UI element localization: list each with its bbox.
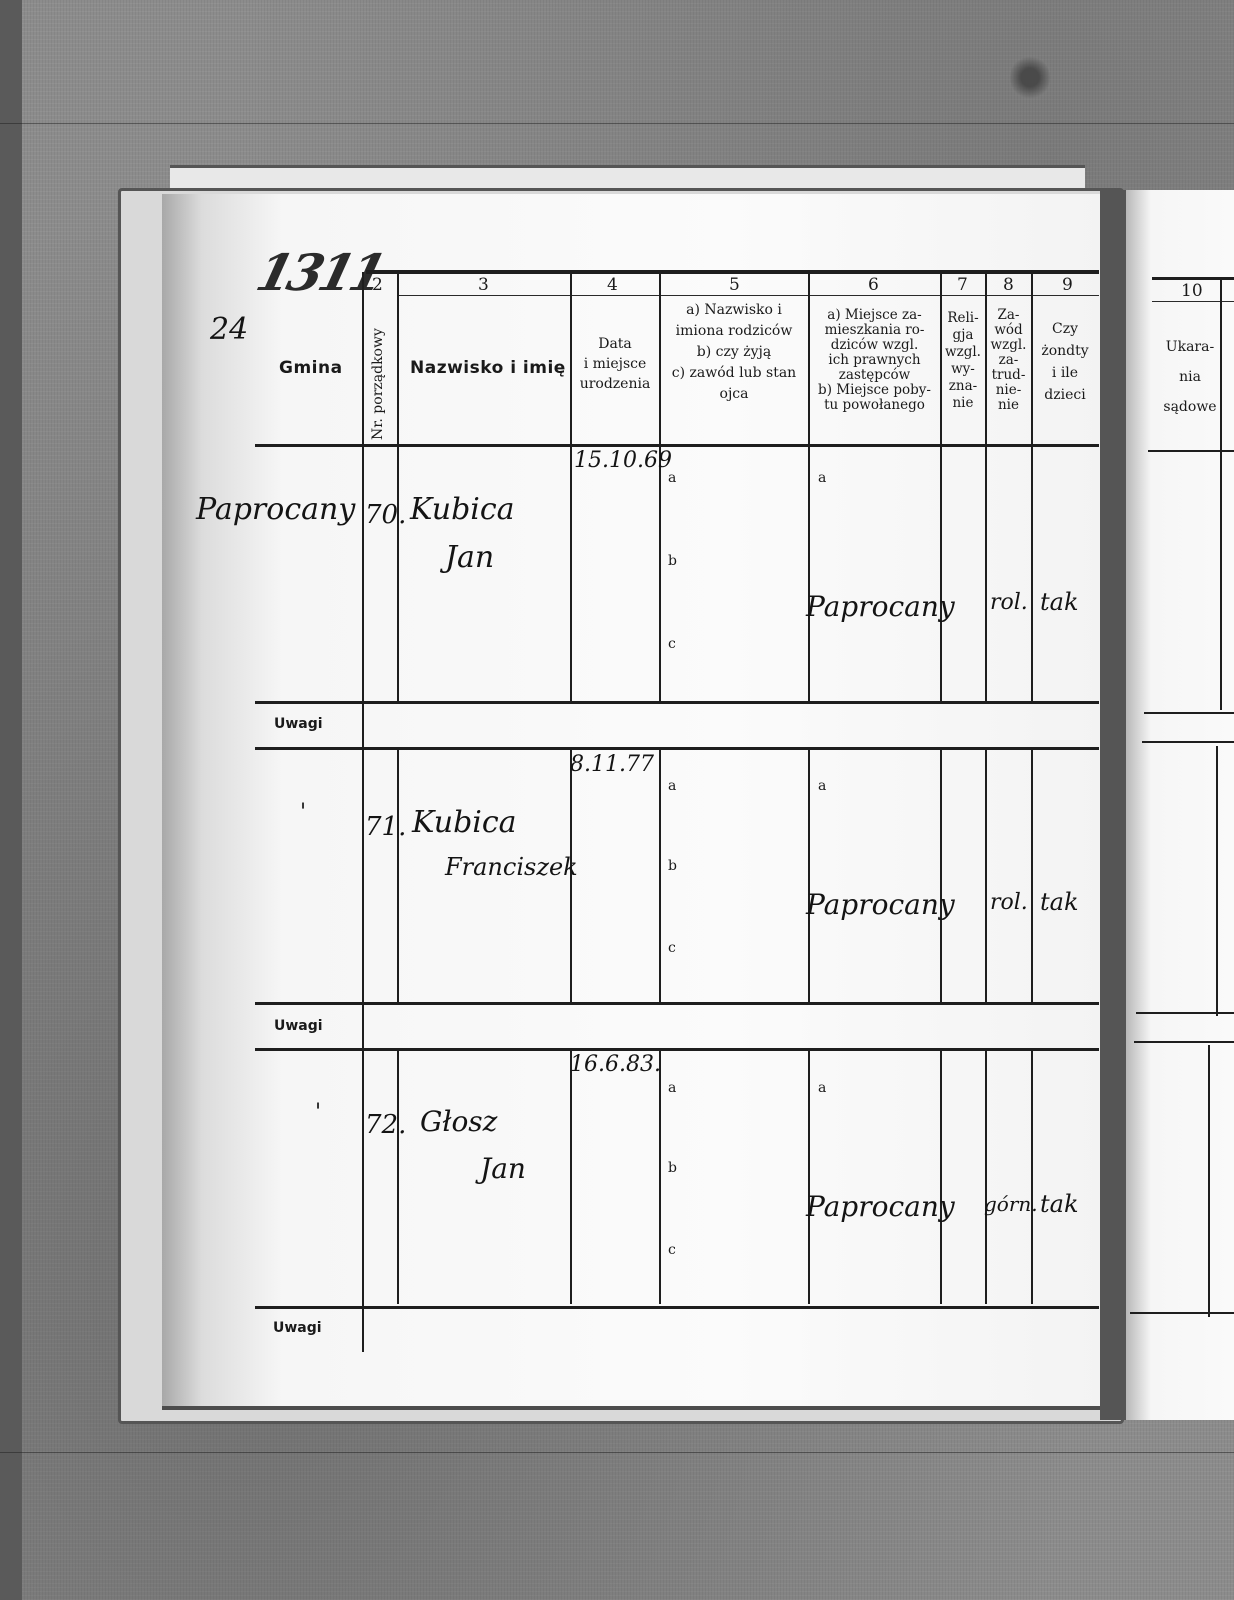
sub-b: b — [668, 553, 677, 569]
page-number: 24 — [210, 312, 248, 347]
col-divider — [1031, 750, 1033, 1002]
sub-b: b — [668, 858, 677, 874]
entry-occupation: rol. — [990, 890, 1028, 915]
col-divider — [985, 750, 987, 1002]
header-top-rule — [366, 270, 1099, 274]
right-remarks-rule — [1130, 1312, 1234, 1314]
entry-number: 70. — [365, 500, 406, 530]
entry-married: tak — [1040, 588, 1079, 616]
remarks-bottom-rule — [255, 1048, 1099, 1051]
scan-artifact-line — [0, 123, 1234, 124]
header-gmina: Gmina — [279, 358, 343, 378]
entry-occupation: rol. — [990, 590, 1028, 615]
entry-gmina-ditto: ' — [300, 800, 306, 825]
remarks-top-rule — [255, 701, 1099, 704]
header-number-rule — [397, 295, 1099, 296]
entry-married: tak — [1040, 888, 1079, 916]
header-bottom-rule — [255, 444, 1099, 447]
header-miejsce-zamieszkania: a) Miejsce za- mieszkania ro- dziców wzg… — [809, 308, 940, 413]
col-divider — [659, 1050, 661, 1304]
right-remarks-rule — [1136, 1012, 1234, 1014]
scan-artifact-line — [0, 1452, 1234, 1453]
entry-occupation: górn. — [984, 1192, 1038, 1216]
entry-surname: Kubica — [410, 492, 515, 527]
header-religja: Reli- gja wzgl. wy- zna- nie — [941, 310, 985, 412]
scan-edge — [0, 0, 22, 1600]
remarks-top-rule — [255, 1306, 1099, 1309]
right-col-divider — [1216, 746, 1218, 1016]
col-divider — [397, 1050, 399, 1304]
remarks-top-rule — [255, 1002, 1099, 1005]
header-zawod: Za- wód wzgl. za- trud- nie- nie — [986, 308, 1031, 413]
entry-birth-date: 8.11.77 — [570, 752, 654, 777]
entry-residence: Paprocany — [806, 888, 955, 921]
entry-birth-date: 16.6.83. — [570, 1052, 661, 1077]
sub-a: a — [668, 778, 676, 794]
entry-surname: Kubica — [412, 805, 517, 840]
header-col-2-number: 2 — [372, 275, 383, 295]
entry-residence: Paprocany — [806, 590, 955, 623]
col-divider — [940, 1050, 942, 1304]
sub-c: c — [668, 636, 676, 652]
header-col-6-number: 6 — [868, 275, 879, 295]
sub-a: a — [668, 1080, 676, 1096]
right-remarks-rule — [1144, 712, 1234, 714]
sub-b: b — [668, 1160, 677, 1176]
entry-married: tak — [1040, 1190, 1079, 1218]
header-rodzice: a) Nazwisko i imiona rodziców b) czy żyj… — [660, 300, 808, 405]
sub-c: c — [668, 940, 676, 956]
header-col-8-number: 8 — [1003, 275, 1014, 295]
header-col-3-number: 3 — [478, 275, 489, 295]
remarks-label: Uwagi — [274, 716, 323, 732]
header-col-5-number: 5 — [729, 275, 740, 295]
col-divider — [985, 1050, 987, 1304]
col-divider — [659, 750, 661, 1002]
right-remarks-rule — [1134, 1041, 1234, 1043]
header-col-7-number: 7 — [957, 275, 968, 295]
header-col-4-number: 4 — [607, 275, 618, 295]
right-col-divider — [1208, 1045, 1210, 1317]
sub-a: a — [818, 1080, 826, 1096]
entry-given-name: Franciszek — [445, 853, 578, 881]
header-nr-porzadkowy: Nr. porządkowy — [370, 328, 386, 440]
header-ukarania-sadowe: Ukara- nia sądowe — [1150, 332, 1230, 422]
entry-surname: Głosz — [420, 1105, 497, 1138]
col-divider — [808, 750, 810, 1002]
header-col-10-number: 10 — [1181, 281, 1203, 301]
entry-number: 71. — [365, 812, 406, 842]
book-gutter — [1100, 190, 1126, 1420]
header-nazwisko-imie: Nazwisko i imię — [410, 358, 566, 378]
entry-residence: Paprocany — [806, 1190, 955, 1223]
header-data-miejsce-urodzenia: Data i miejsce urodzenia — [572, 334, 658, 394]
col-divider — [808, 1050, 810, 1304]
sub-a: a — [818, 778, 826, 794]
header-czy-zonaty: Czy żondty i ile dzieci — [1032, 318, 1098, 406]
col-divider — [397, 750, 399, 1002]
entry-given-name: Jan — [445, 540, 494, 575]
remarks-label: Uwagi — [273, 1320, 322, 1336]
entry-gmina: Paprocany — [196, 492, 355, 527]
ink-stain — [1010, 55, 1050, 100]
col-divider — [1031, 1050, 1033, 1304]
sub-c: c — [668, 1242, 676, 1258]
remarks-bottom-rule — [255, 747, 1099, 750]
right-remarks-rule — [1142, 741, 1234, 743]
right-col-divider — [1220, 280, 1222, 710]
col-divider — [397, 272, 399, 702]
entry-given-name: Jan — [480, 1152, 526, 1185]
remarks-label: Uwagi — [274, 1018, 323, 1034]
entry-gmina-ditto: ' — [315, 1100, 321, 1125]
header-col-9-number: 9 — [1062, 275, 1073, 295]
col-divider — [362, 272, 364, 1352]
entry-number: 72. — [365, 1110, 406, 1140]
entry-birth-date: 15.10.69 — [574, 448, 672, 473]
sub-a: a — [818, 470, 826, 486]
col-divider — [570, 1050, 572, 1304]
sub-a: a — [668, 470, 676, 486]
col-divider — [940, 750, 942, 1002]
